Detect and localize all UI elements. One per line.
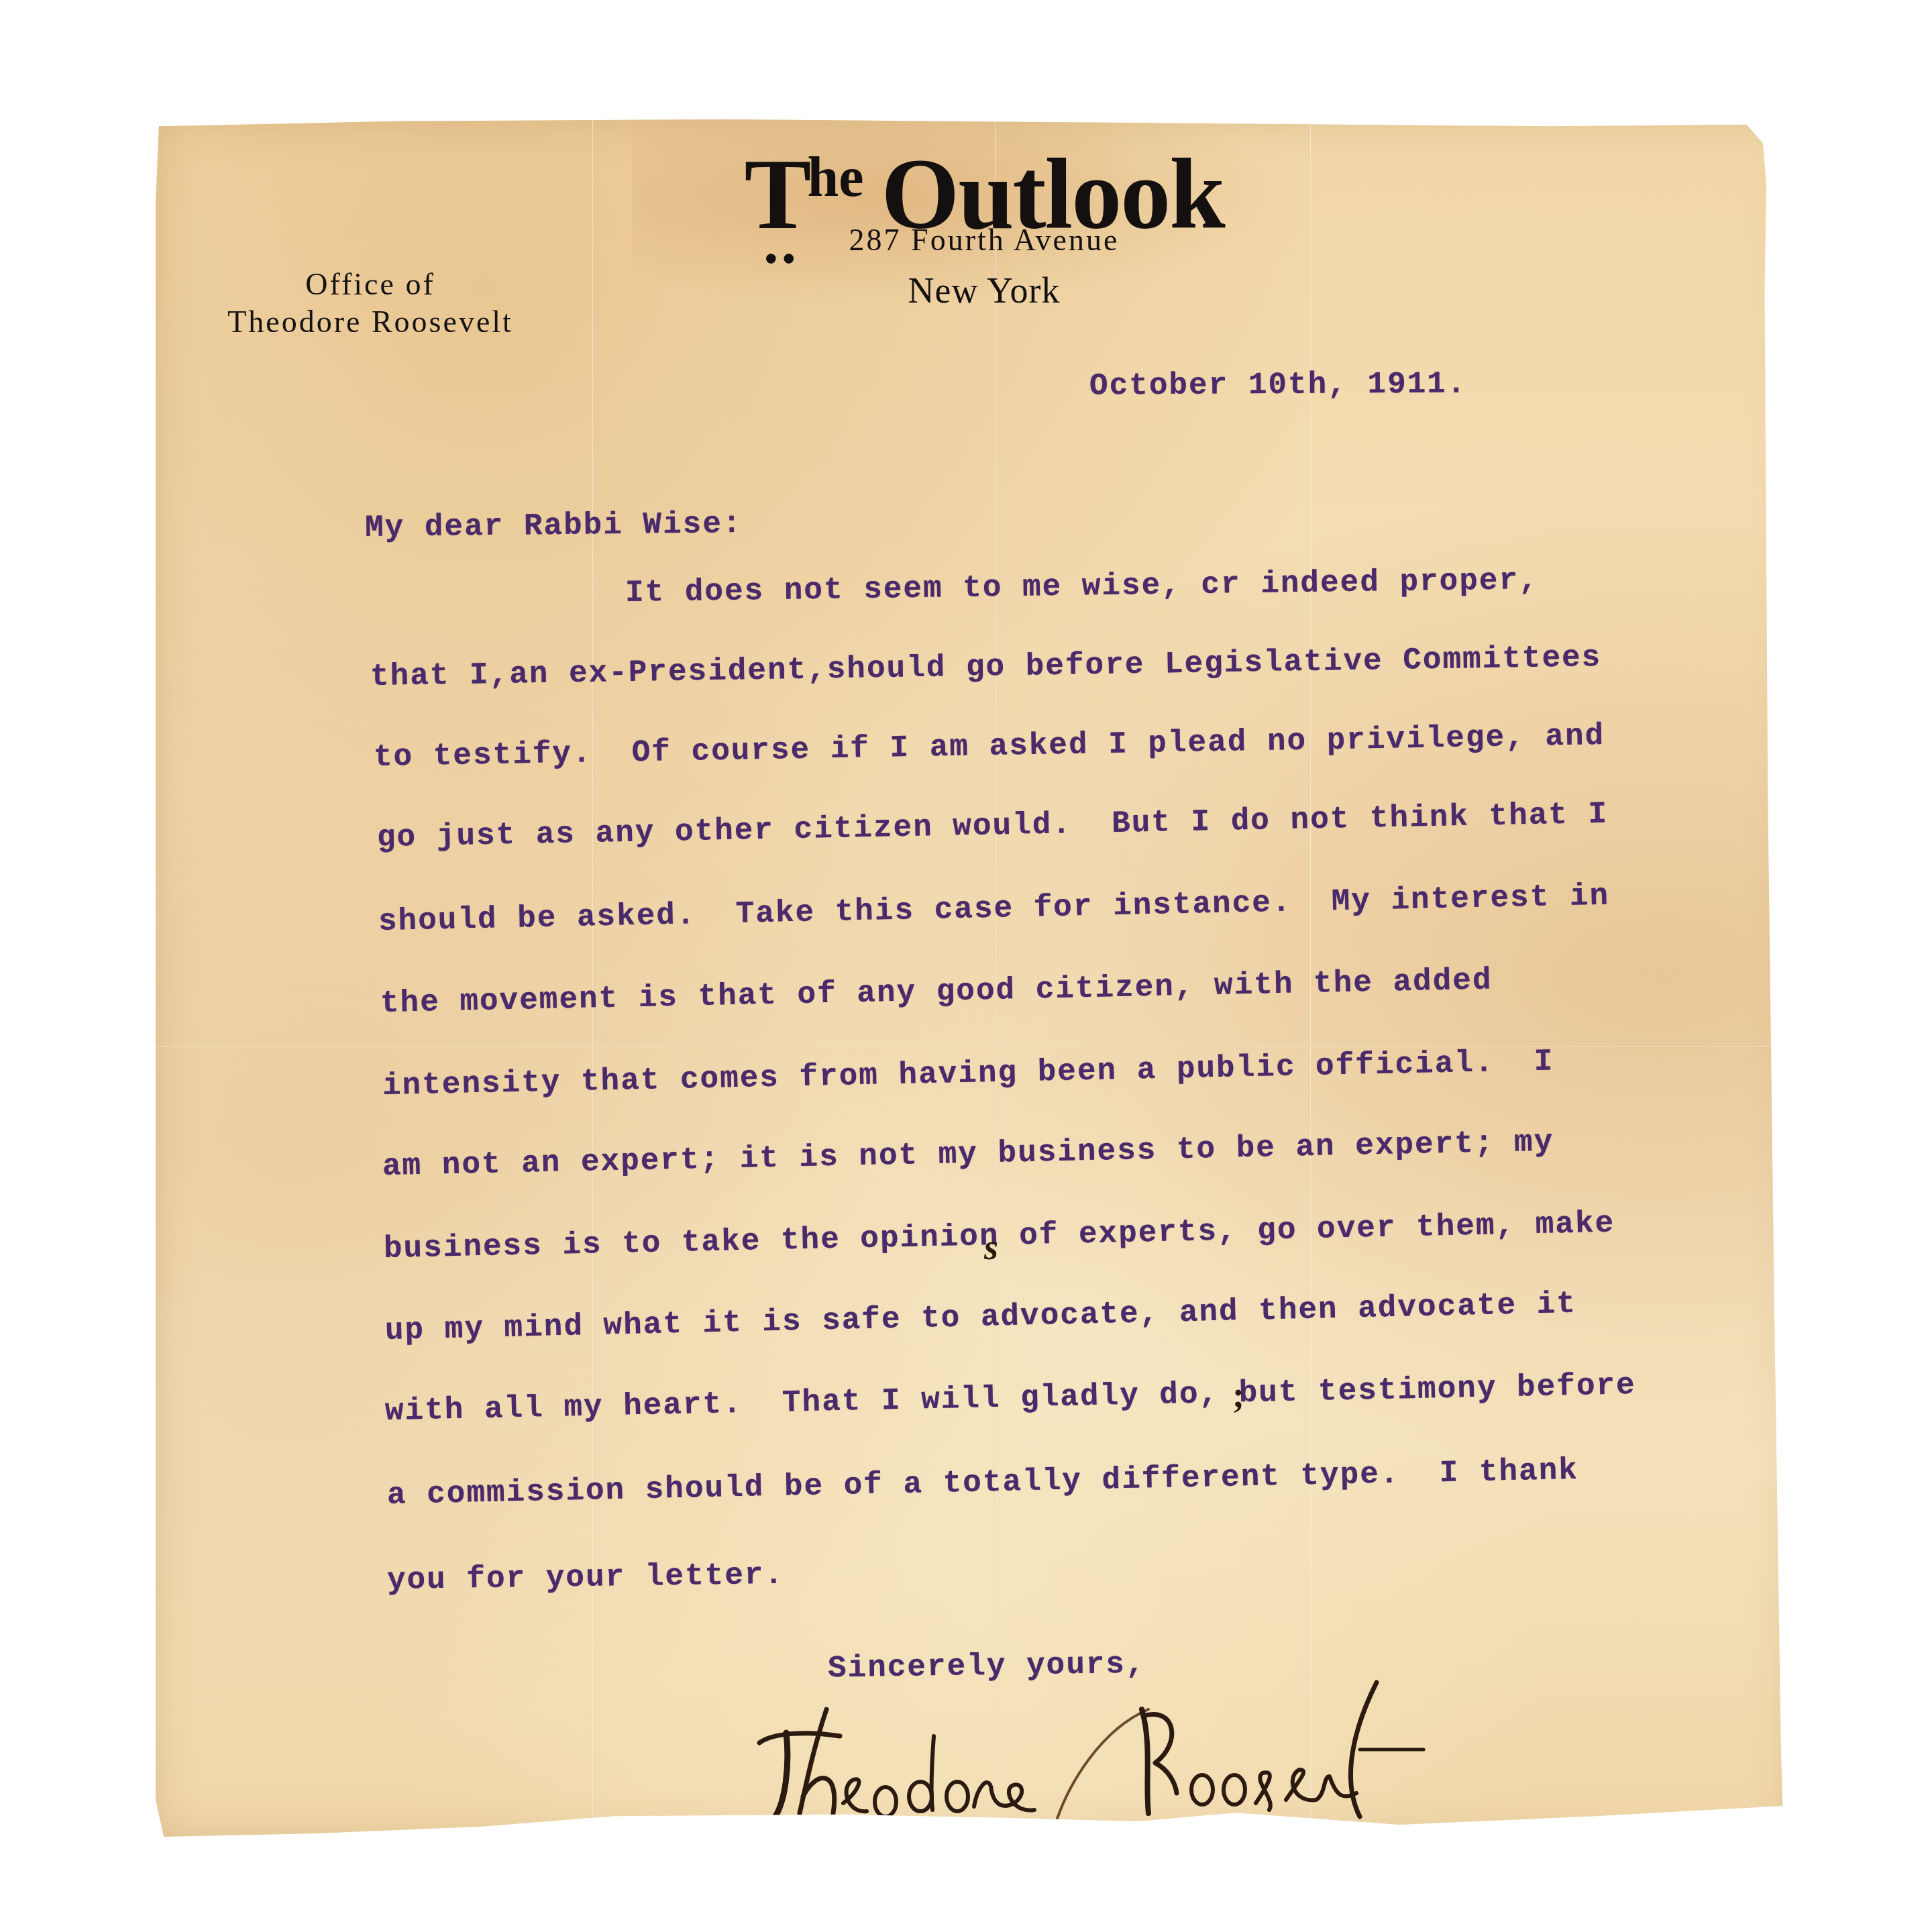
letter-date: October 10th, 1911.	[1089, 367, 1467, 404]
signature	[733, 1669, 1672, 1843]
document-scan: The..Outlook 287 Fourth Avenue New York …	[0, 0, 1932, 1932]
office-block: Office of Theodore Roosevelt	[169, 266, 572, 341]
title-the-he: he	[807, 146, 863, 209]
body-line: intensity that comes from having been a …	[382, 1044, 1554, 1104]
office-line-2: Theodore Roosevelt	[169, 303, 572, 341]
body-line: that I,an ex-President,should go before …	[370, 640, 1602, 694]
letter-salutation: My dear Rabbi Wise:	[365, 506, 743, 545]
letter-paper: The..Outlook 287 Fourth Avenue New York …	[156, 119, 1792, 1837]
body-line: a commission should be of a totally diff…	[386, 1453, 1578, 1513]
handwritten-correction-semicolon: ;	[1232, 1374, 1244, 1415]
office-line-1: Office of	[169, 266, 572, 303]
body-line: go just as any other citizen would. But …	[377, 797, 1609, 855]
handwritten-correction-s: s	[984, 1226, 998, 1268]
body-line: am not an expert; it is not my business …	[382, 1124, 1554, 1184]
body-line: It does not seem to me wise, cr indeed p…	[625, 563, 1539, 610]
body-line: with all my heart. That I will gladly do…	[384, 1368, 1636, 1429]
body-line: business is to take the opinion of exper…	[383, 1206, 1615, 1267]
body-line: you for your letter.	[387, 1558, 785, 1598]
body-line: up my mind what it is safe to advocate, …	[384, 1287, 1576, 1348]
letterhead-city: New York	[665, 267, 1303, 314]
letterhead-address: 287 Fourth Avenue	[665, 217, 1303, 264]
signature-icon	[733, 1669, 1672, 1843]
body-line: the movement is that of any good citizen…	[380, 963, 1493, 1021]
body-line: to testify. Of course if I am asked I pl…	[374, 718, 1605, 775]
